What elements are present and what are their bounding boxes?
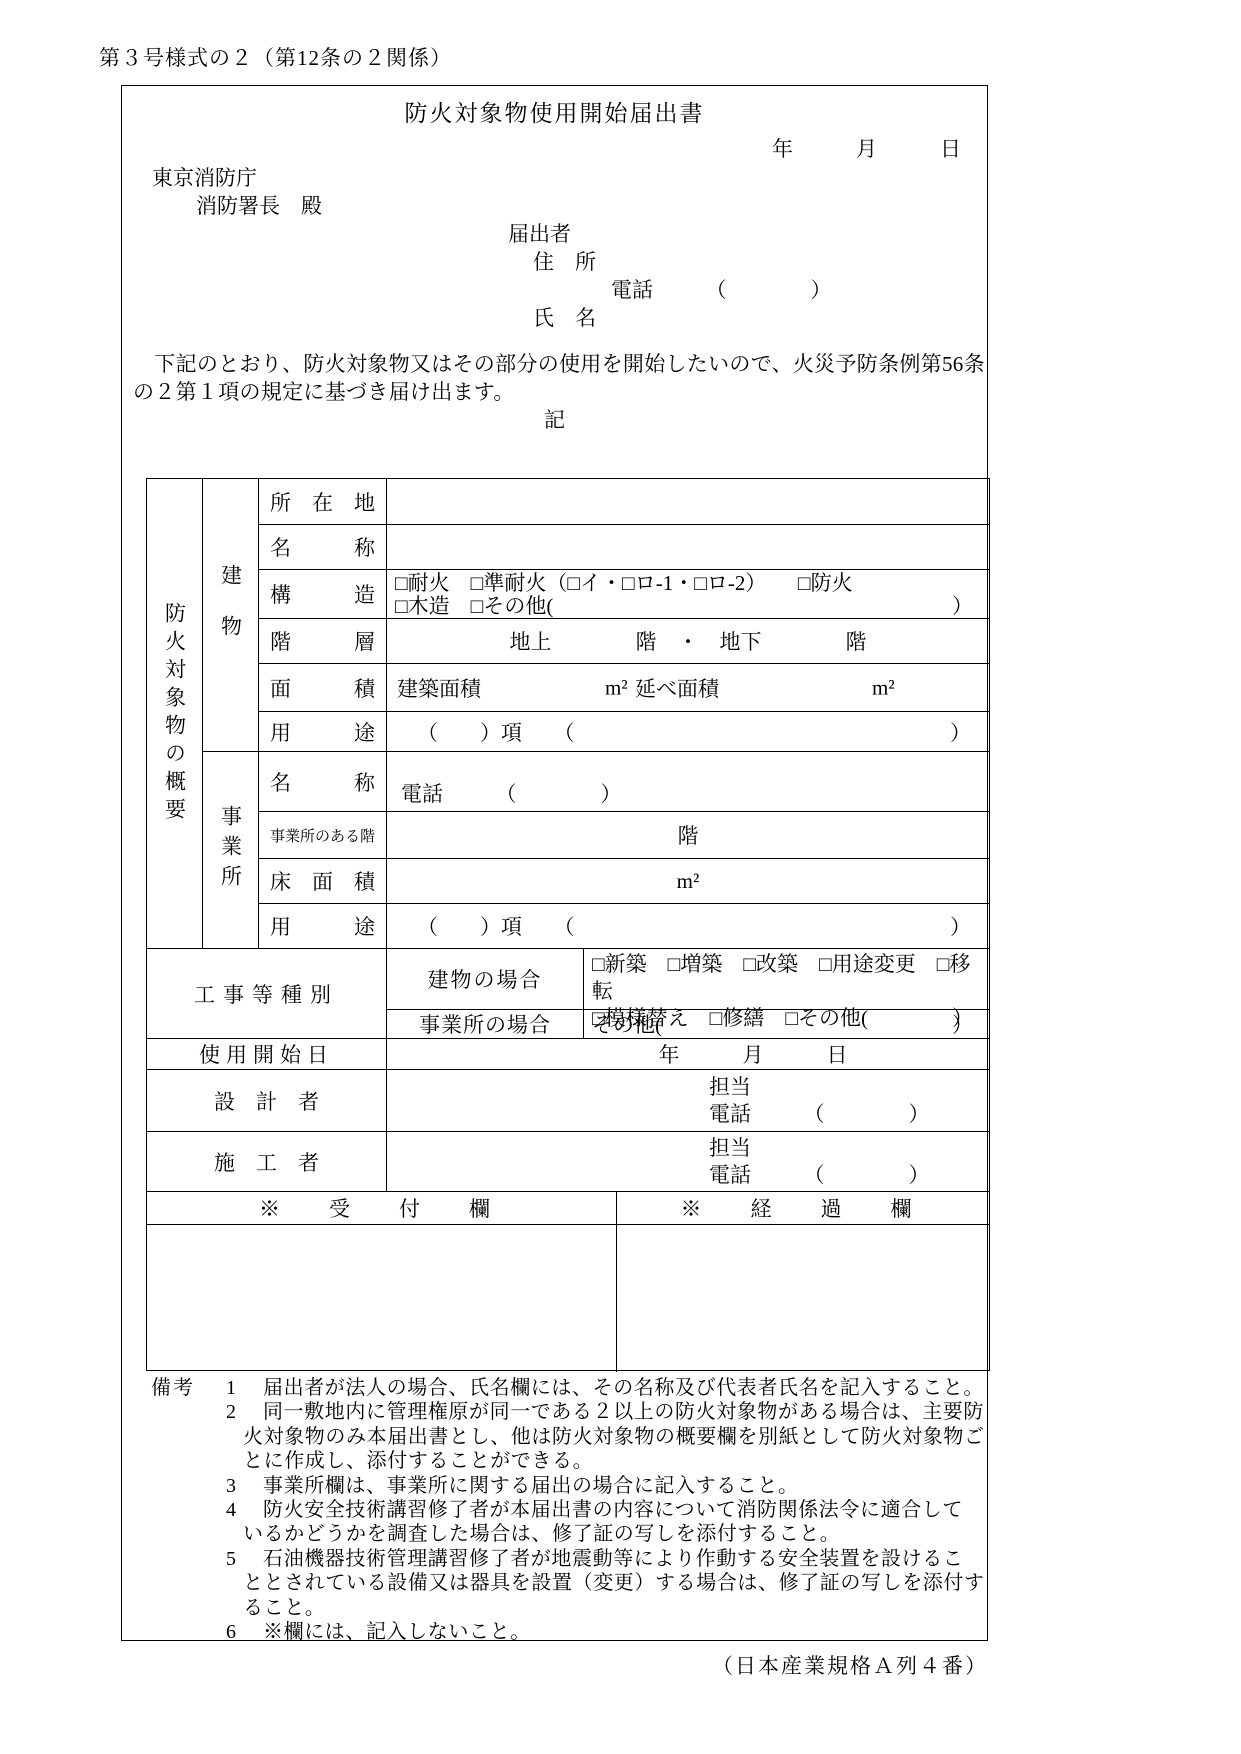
structure-options-line2: □木造 □その他( [395, 595, 553, 618]
notifier-address-label: 住 所 [533, 246, 596, 276]
date-line: 年 月 日 [772, 133, 961, 163]
remark-line: ととされている設備又は器具を設置（変更）する場合は、修了証の写しを添付す [122, 1571, 987, 1595]
office-section-label: 事業所 [203, 752, 259, 949]
form-number: 第３号様式の２（第12条の２関係） [99, 42, 452, 72]
office-use-field: （ ）項 （ ） [387, 904, 989, 949]
building-name-label: 名 称 [259, 525, 387, 570]
overview-section-label: 防火対象物の概要 [147, 479, 203, 949]
building-use-value: （ ）項 （ [417, 717, 575, 747]
notifier-phone-line: 電話 （ ） [611, 274, 832, 304]
remark-line: とに作成し、添付することができる。 [122, 1449, 987, 1473]
office-case-label: 事業所の場合 [387, 1010, 584, 1039]
building-structure-field: □耐火 □準耐火（□イ・□ロ‐1・□ロ‐2） □防火 □木造 □その他( ） [387, 570, 989, 619]
office-case-field: その他( ） [584, 1010, 989, 1039]
building-area-field: 建築面積 m² 延べ面積 m² [387, 664, 989, 712]
start-date-field: 年 月 日 [387, 1039, 989, 1070]
reception-stamp-box [147, 1225, 617, 1372]
remark-line: 5 石油機器技術管理講習修了者が地震動等により作動する安全装置を設けるこ [122, 1547, 987, 1571]
office-floor-field: 階 [387, 812, 989, 859]
construction-type-label: 工事等種別 [147, 949, 387, 1039]
progress-column-header: ※ 経 過 欄 [617, 1192, 989, 1225]
designer-field: 担当 電話 （ ） [387, 1070, 989, 1132]
building-case-field: □新築 □増築 □改築 □用途変更 □移転 □模様替え □修繕 □その他( ） [584, 949, 989, 1010]
designer-staff-label: 担当 [709, 1074, 989, 1101]
intro-line-2: の２第１項の規定に基づき届け出ます。 [133, 376, 515, 406]
remark-line: 6 ※欄には、記入しないこと。 [122, 1620, 987, 1644]
building-area-unit1: m² [605, 675, 628, 700]
start-date-label: 使用開始日 [147, 1039, 387, 1070]
building-floors-field: 地上 階 ・ 地下 階 [387, 619, 989, 664]
building-location-field [387, 479, 989, 525]
form-border: 防火対象物使用開始届出書 年 月 日 東京消防庁 消防署長 殿 届出者 住 所 … [121, 85, 988, 1641]
office-floor-area-field: m² [387, 859, 989, 904]
building-area-label: 面 積 [259, 664, 387, 712]
contractor-staff-label: 担当 [709, 1135, 989, 1162]
remark-line: ること。 [122, 1596, 987, 1620]
building-location-label: 所 在 地 [259, 479, 387, 525]
remarks-section: 備考 1 届出者が法人の場合、氏名欄には、その名称及び代表者氏名を記入すること。… [122, 1376, 987, 1644]
office-case-close-paren: ） [952, 1009, 973, 1039]
office-case-value: その他( [592, 1009, 662, 1039]
office-phone-line: 電話 （ ） [401, 778, 622, 808]
office-name-label: 名 称 [259, 752, 387, 812]
intro-line-1: 下記のとおり、防火対象物又はその部分の使用を開始したいので、火災予防条例第56条 [133, 348, 985, 378]
office-floor-label: 事業所のある階 [259, 812, 387, 859]
structure-close-paren: ） [952, 595, 973, 618]
office-use-label: 用 途 [259, 904, 387, 949]
paper-size-note: （日本産業規格Ａ列４番） [712, 1650, 988, 1680]
building-section-label: 建物 [203, 479, 259, 752]
intro-heading: 記 [122, 404, 987, 434]
remark-line: 4 防火安全技術講習修了者が本届出書の内容について消防関係法令に適合して [122, 1498, 987, 1522]
progress-stamp-box [617, 1225, 989, 1372]
notifier-label: 届出者 [508, 218, 571, 248]
reception-column-header: ※ 受 付 欄 [147, 1192, 617, 1225]
building-case-label: 建物の場合 [387, 949, 584, 1010]
designer-phone-line: 電話 （ ） [709, 1101, 989, 1128]
contractor-label: 施 工 者 [147, 1132, 387, 1192]
page-title: 防火対象物使用開始届出書 [122, 95, 987, 128]
office-floor-area-label: 床 面 積 [259, 859, 387, 904]
remark-line: 3 事業所欄は、事業所に関する届出の場合に記入すること。 [122, 1474, 987, 1498]
remark-line: 備考 1 届出者が法人の場合、氏名欄には、その名称及び代表者氏名を記入すること。 [122, 1376, 987, 1400]
building-floors-label: 階 層 [259, 619, 387, 664]
office-name-field: 電話 （ ） [387, 752, 989, 812]
contractor-phone-line: 電話 （ ） [709, 1162, 989, 1189]
remark-line: 火対象物のみ本届出書とし、他は防火対象物の概要欄を別紙として防火対象物ご [122, 1425, 987, 1449]
remarks-label: 備考 [151, 1376, 195, 1400]
building-area-name1: 建築面積 [397, 673, 481, 703]
fire-use-start-notification-form: 第３号様式の２（第12条の２関係） 防火対象物使用開始届出書 年 月 日 東京消… [0, 0, 1241, 1754]
addressee-title: 消防署長 殿 [196, 190, 322, 220]
building-area-unit2: m² [872, 675, 895, 700]
addressee-organization: 東京消防庁 [152, 162, 257, 192]
notifier-name-label: 氏 名 [533, 302, 596, 332]
remark-line: いるかどうかを調査した場合は、修了証の写しを添付すること。 [122, 1522, 987, 1546]
office-use-value: （ ）項 （ [417, 911, 575, 941]
remark-line: 2 同一敷地内に管理権原が同一である２以上の防火対象物がある場合は、主要防 [122, 1400, 987, 1424]
building-case-options-line1: □新築 □増築 □改築 □用途変更 □移転 [592, 951, 973, 1005]
building-structure-label: 構 造 [259, 570, 387, 619]
building-use-label: 用 途 [259, 712, 387, 752]
contractor-field: 担当 電話 （ ） [387, 1132, 989, 1192]
building-use-field: （ ）項 （ ） [387, 712, 989, 752]
building-area-name2: 延べ面積 [635, 673, 719, 703]
designer-label: 設 計 者 [147, 1070, 387, 1132]
building-use-close-paren: ） [950, 717, 971, 747]
building-name-field [387, 525, 989, 570]
overview-table: 防火対象物の概要 建物 事業所 所 在 地 名 称 構 造 階 層 面 積 用 … [146, 478, 990, 1371]
structure-options-line1: □耐火 □準耐火（□イ・□ロ‐1・□ロ‐2） □防火 [395, 572, 973, 595]
office-use-close-paren: ） [950, 911, 971, 941]
